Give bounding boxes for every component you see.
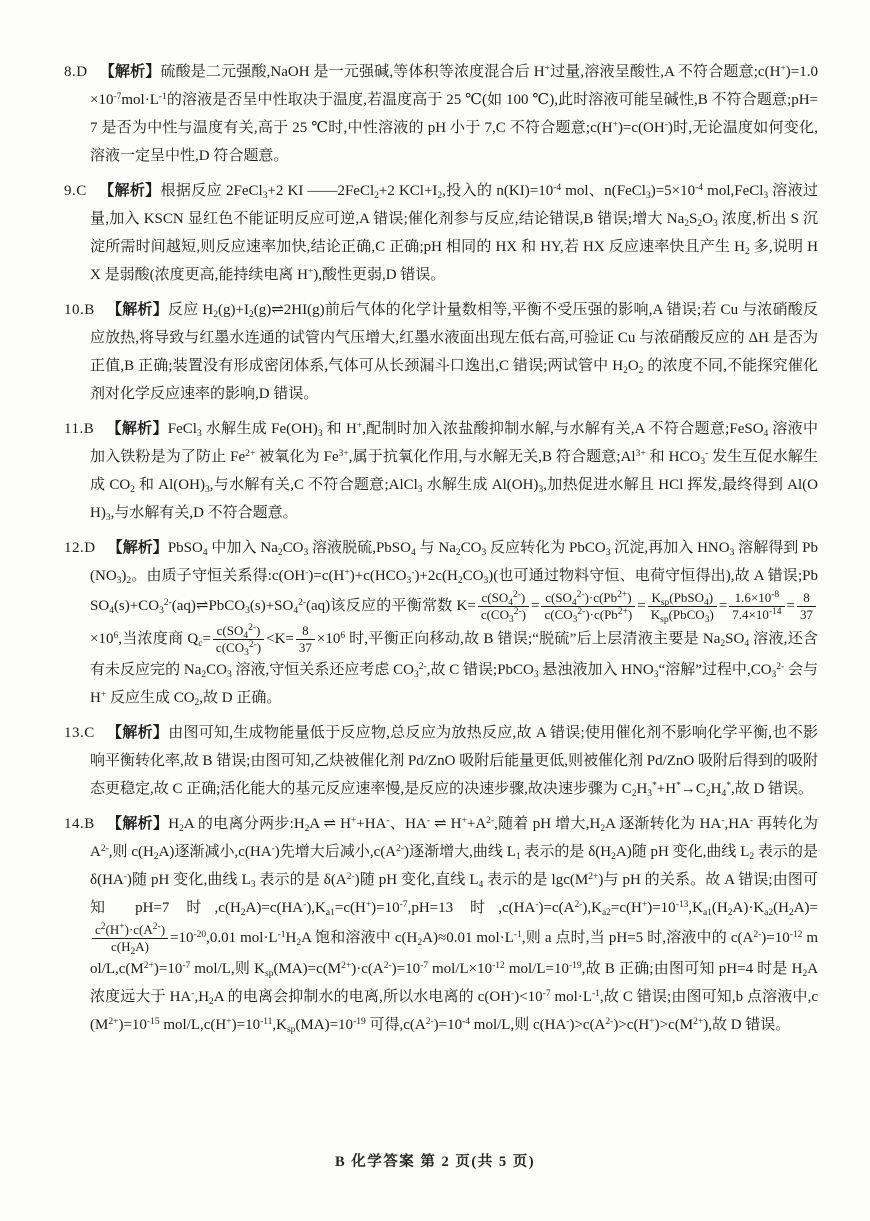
answer-item-10: 10.B【解析】反应 H2(g)+I2(g)⇌2HI(g)前后气体的化学计量数相… (64, 296, 818, 408)
analysis-text-8: 硫酸是二元强酸,NaOH 是一元强碱,等体积等浓度混合后 H+过量,溶液呈酸性,… (90, 64, 818, 164)
answer-item-12: 12.D【解析】PbSO4 中加入 Na2CO3 溶液脱硫,PbSO4 与 Na… (64, 534, 818, 712)
analysis-text-13: 由图可知,生成物能量低于反应物,总反应为放热反应,故 A 错误;使用催化剂不影响… (90, 725, 818, 797)
answer-item-14: 14.B【解析】H2A 的电离分两步:H2A ⇌ H++HA-、HA- ⇌ H+… (64, 810, 818, 1039)
answer-item-13: 13.C【解析】由图可知,生成物能量低于反应物,总反应为放热反应,故 A 错误;… (64, 719, 818, 803)
analysis-label: 【解析】 (107, 302, 168, 318)
analysis-text-11: FeCl3 水解生成 Fe(OH)3 和 H+,配制时加入浓盐酸抑制水解,与水解… (90, 421, 818, 521)
analysis-label: 【解析】 (100, 64, 161, 80)
answer-number-10: 10.B (64, 302, 95, 318)
analysis-label: 【解析】 (106, 421, 168, 437)
analysis-text-9: 根据反应 2FeCl3+2 KI ——2FeCl2+2 KCl+I2,投入的 n… (90, 183, 818, 283)
answers-content: 8.D【解析】硫酸是二元强酸,NaOH 是一元强碱,等体积等浓度混合后 H+过量… (64, 58, 818, 1046)
analysis-label: 【解析】 (99, 183, 161, 199)
answer-number-14: 14.B (64, 816, 95, 832)
answer-number-12: 12.D (64, 540, 96, 556)
analysis-text-14: H2A 的电离分两步:H2A ⇌ H++HA-、HA- ⇌ H++A2-,随着 … (90, 816, 818, 1033)
answer-number-8: 8.D (64, 64, 88, 80)
answer-number-11: 11.B (64, 421, 94, 437)
answer-number-9: 9.C (64, 183, 87, 199)
answer-item-8: 8.D【解析】硫酸是二元强酸,NaOH 是一元强碱,等体积等浓度混合后 H+过量… (64, 58, 818, 170)
answer-number-13: 13.C (64, 725, 95, 741)
analysis-text-12: PbSO4 中加入 Na2CO3 溶液脱硫,PbSO4 与 Na2CO3 反应转… (90, 540, 818, 706)
analysis-label: 【解析】 (108, 540, 168, 556)
document-page: 8.D【解析】硫酸是二元强酸,NaOH 是一元强碱,等体积等浓度混合后 H+过量… (0, 0, 870, 1221)
analysis-text-10: 反应 H2(g)+I2(g)⇌2HI(g)前后气体的化学计量数相等,平衡不受压强… (90, 302, 818, 402)
analysis-label: 【解析】 (107, 816, 168, 832)
analysis-label: 【解析】 (107, 725, 168, 741)
page-footer: B 化学答案 第 2 页(共 5 页) (0, 1150, 870, 1171)
answer-item-11: 11.B【解析】FeCl3 水解生成 Fe(OH)3 和 H+,配制时加入浓盐酸… (64, 415, 818, 527)
answer-item-9: 9.C【解析】根据反应 2FeCl3+2 KI ——2FeCl2+2 KCl+I… (64, 177, 818, 289)
